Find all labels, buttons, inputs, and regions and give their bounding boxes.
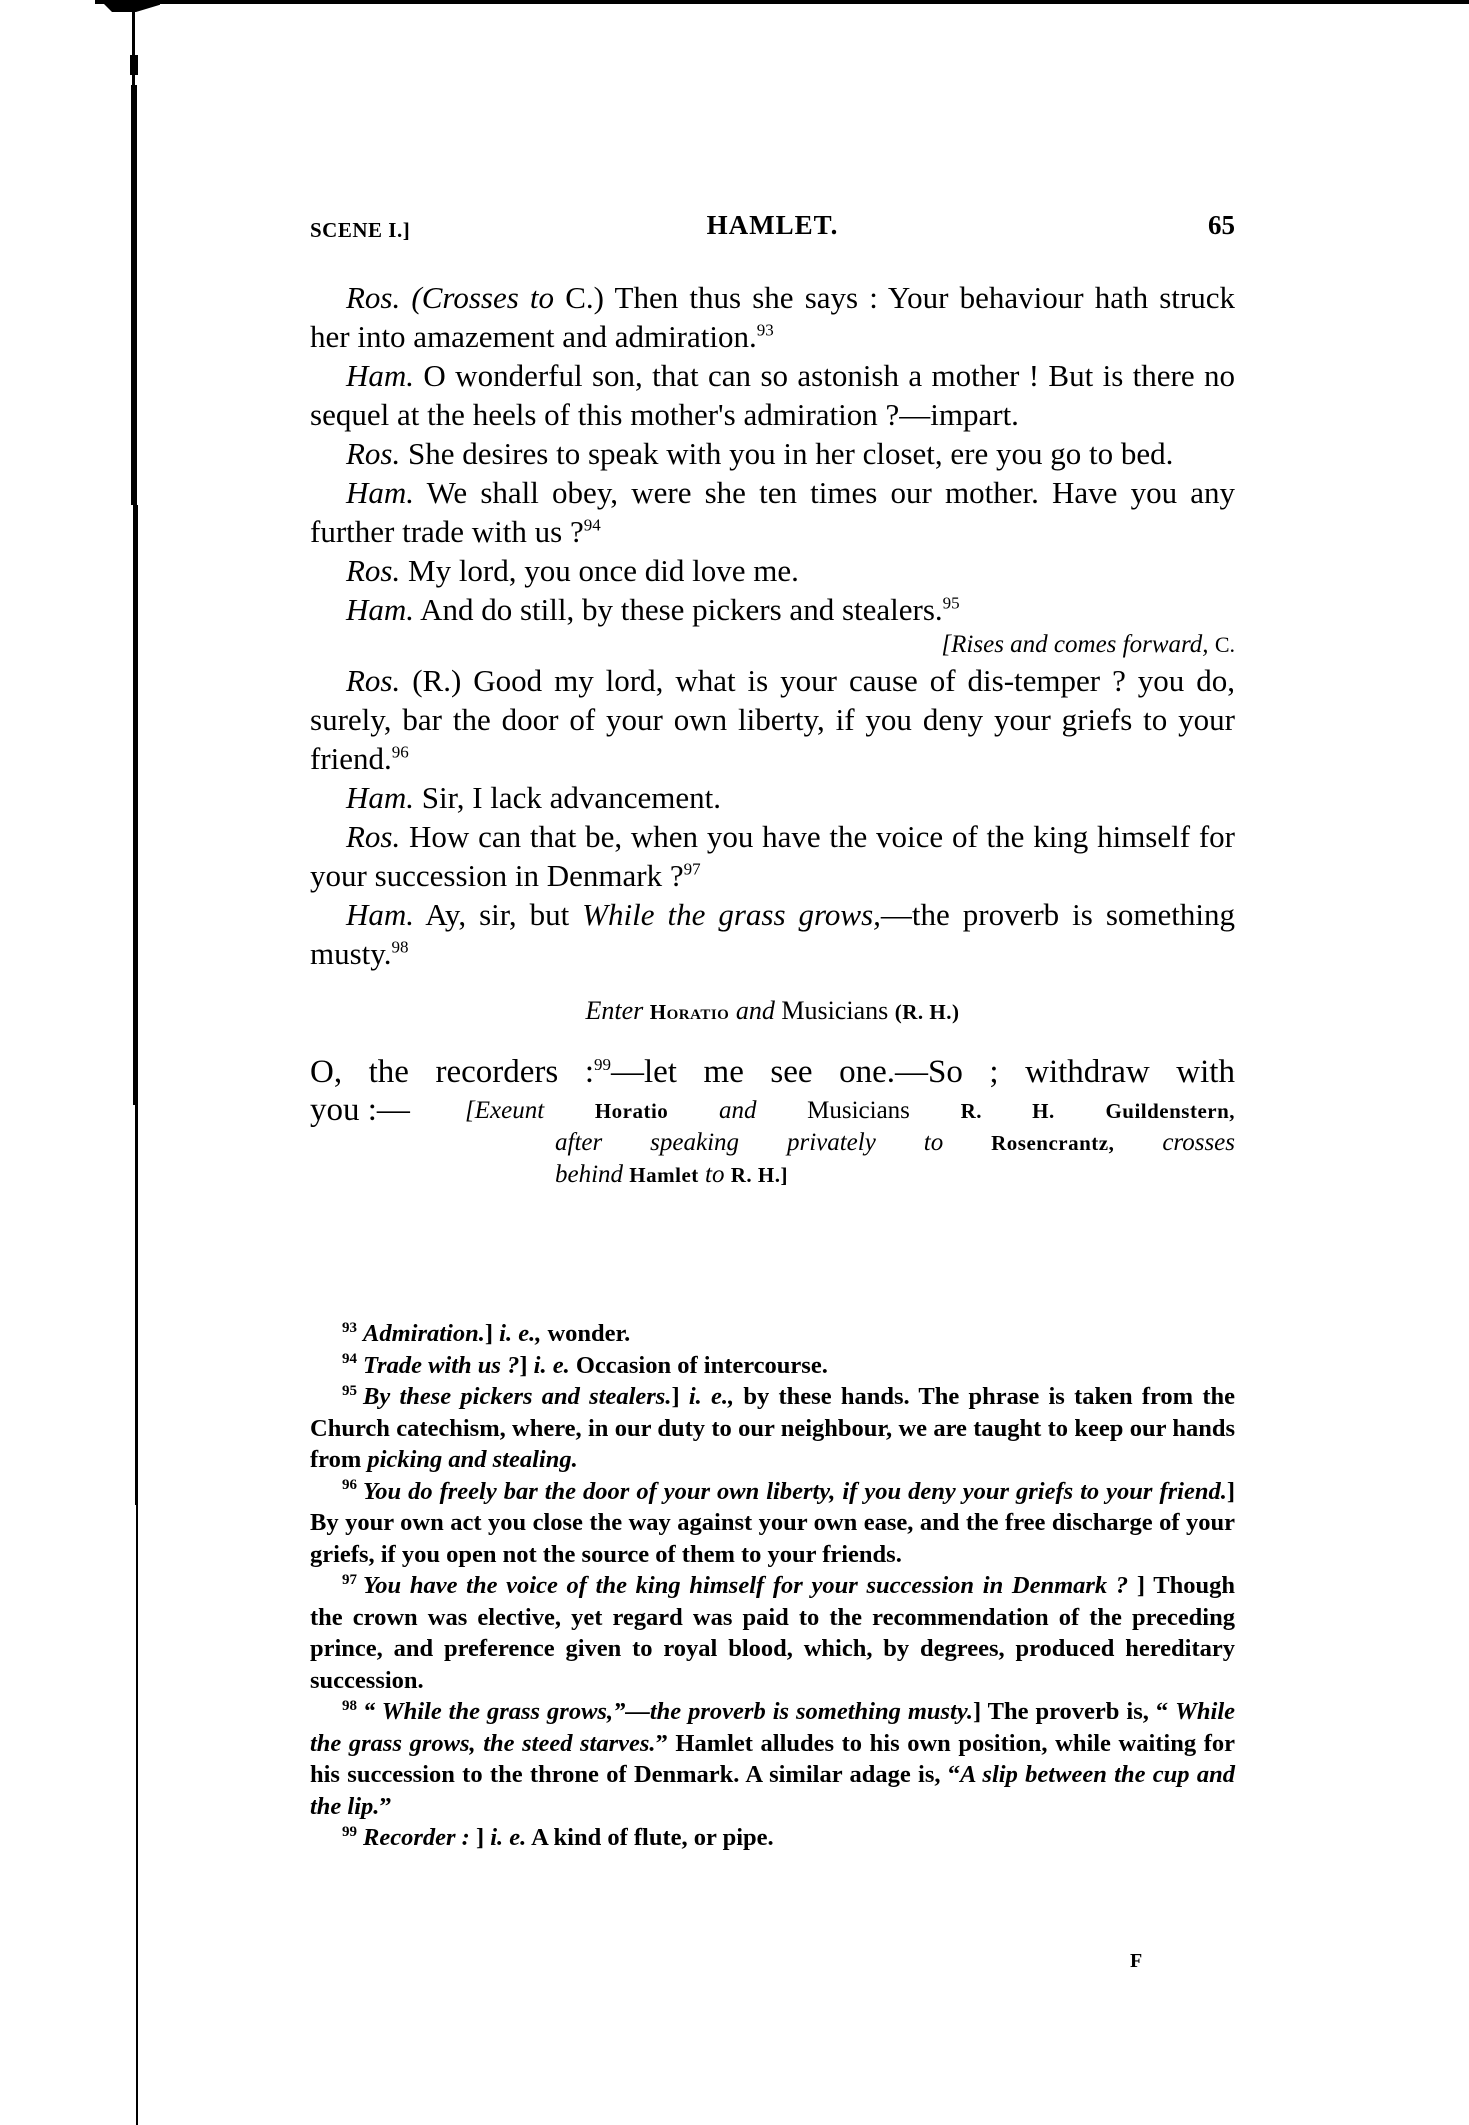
stage-direction-text: to — [705, 1161, 724, 1188]
ie-abbrev: i. e. — [528, 1352, 570, 1379]
speech: Ros. She desires to speak with you in he… — [310, 434, 1235, 473]
speech-text: O wonderful son, that can so astonish a … — [310, 358, 1235, 432]
stage-position: C. — [1215, 632, 1235, 657]
speech-text: We shall obey, were she ten times our mo… — [310, 475, 1235, 549]
exit-direction-line: behind Hamlet to R. H.] — [465, 1159, 1235, 1191]
footnote-number: 94 — [342, 1351, 357, 1367]
footnote-99: 99Recorder : ] i. e. A kind of flute, or… — [310, 1822, 1235, 1854]
speech-text: And do still, by these pickers and steal… — [414, 592, 943, 627]
footnotes: 93Admiration.] i. e., wonder. 94Trade wi… — [310, 1318, 1235, 1854]
footnote-number: 93 — [342, 1320, 357, 1336]
bracket: ] — [485, 1320, 493, 1347]
speech-text: you :— — [310, 1092, 410, 1128]
footnote-gloss: wonder. — [541, 1320, 630, 1347]
footnote-number: 99 — [342, 1824, 357, 1840]
footnote-gloss: ” — [379, 1793, 391, 1820]
footnote-lemma: You do freely bar the door of your own l… — [363, 1478, 1227, 1505]
speech: Ros. My lord, you once did love me. — [310, 551, 1235, 590]
speech: Ros. (Crosses to C.) Then thus she says … — [310, 278, 1235, 356]
footnote-gloss-italic: picking and stealing. — [367, 1446, 577, 1473]
footnote-number: 96 — [342, 1477, 357, 1493]
ie-abbrev: i. e., — [680, 1383, 735, 1410]
enter-word: Enter — [586, 996, 644, 1025]
speaker-name: Ham. — [346, 358, 414, 393]
exeunt-word: [Exeunt — [465, 1097, 544, 1124]
recorders-line: O, the recorders :99—let me see one.—So … — [310, 1052, 1235, 1092]
stage-position: (R. H.) — [895, 1000, 960, 1024]
ie-abbrev: i. e., — [493, 1320, 541, 1347]
speaker-name: Ros. — [346, 819, 400, 854]
stage-position: (R.) — [412, 663, 461, 698]
speaker-name: Ham. — [346, 475, 414, 510]
exit-direction: [Exeunt Horatio and Musicians R. H. Guil… — [465, 1095, 1235, 1191]
footnote-lemma: You have the voice of the king himself f… — [363, 1572, 1128, 1599]
speech: Ham. O wonderful son, that can so astoni… — [310, 356, 1235, 434]
and-word: and — [719, 1097, 757, 1124]
play-text: Ros. (Crosses to C.) Then thus she says … — [310, 278, 1235, 1196]
speech: Ham. Ay, sir, but While the grass grows,… — [310, 895, 1235, 973]
speech-text: O, the recorders : — [310, 1054, 594, 1090]
speech: Ros. (R.) Good my lord, what is your cau… — [310, 661, 1235, 778]
footnote-lemma: By these pickers and stealers. — [363, 1383, 671, 1410]
footnote-lemma: Admiration. — [363, 1320, 485, 1347]
stage-direction-text: after speaking privately to — [555, 1129, 943, 1156]
stage-position: C.) — [565, 280, 604, 315]
bracket: ] — [519, 1352, 527, 1379]
speech: Ros. How can that be, when you have the … — [310, 817, 1235, 895]
footnote-ref[interactable]: 96 — [392, 743, 409, 762]
speech-text: She desires to speak with you in her clo… — [400, 436, 1173, 471]
footnote-gloss: The proverb is, “ — [981, 1698, 1175, 1725]
speaker-name: Ros. — [346, 663, 400, 698]
scan-top-edge — [95, 0, 1469, 4]
character-name: Horatio — [595, 1099, 668, 1123]
character-name: Musicians — [781, 996, 888, 1025]
footnote-gloss: Occasion of intercourse. — [570, 1352, 828, 1379]
speaker-name: Ham. — [346, 897, 414, 932]
character-name: Guildenstern, — [1105, 1099, 1235, 1123]
footnote-lemma: Recorder : — [363, 1824, 470, 1851]
character-name: Musicians — [807, 1097, 910, 1124]
stage-direction-text: [Rises and comes forward, — [941, 631, 1208, 658]
footnote-gloss: A kind of flute, or pipe. — [526, 1824, 773, 1851]
footnote-lemma: “ While the grass grows,”—the proverb is… — [363, 1698, 973, 1725]
footnote-ref[interactable]: 95 — [943, 594, 960, 613]
footnote-number: 97 — [342, 1572, 357, 1588]
bracket: ] — [470, 1824, 484, 1851]
footnote-95: 95By these pickers and stealers.] i. e.,… — [310, 1381, 1235, 1476]
character-name: Rosencrantz, — [991, 1131, 1114, 1155]
play-title: HAMLET. — [310, 210, 1235, 241]
footnote-98: 98“ While the grass grows,”—the proverb … — [310, 1696, 1235, 1822]
footnote-93: 93Admiration.] i. e., wonder. — [310, 1318, 1235, 1350]
bracket: ] — [1227, 1478, 1235, 1505]
footnote-ref[interactable]: 93 — [757, 321, 774, 340]
and-word: and — [736, 996, 775, 1025]
speech-text: How can that be, when you have the voice… — [310, 819, 1235, 893]
footnote-ref[interactable]: 99 — [594, 1055, 611, 1074]
footnote-94: 94Trade with us ?] i. e. Occasion of int… — [310, 1350, 1235, 1382]
stage-direction: (Crosses to — [411, 280, 554, 315]
stage-direction-text: behind — [555, 1161, 623, 1188]
page-number: 65 — [1208, 210, 1235, 241]
footnote-lemma: Trade with us ? — [363, 1352, 519, 1379]
bracket: ] — [973, 1698, 981, 1725]
speaker-name: Ros. — [346, 280, 400, 315]
speech-text: My lord, you once did love me. — [400, 553, 799, 588]
speech-text: Sir, I lack advancement. — [414, 780, 721, 815]
speaker-name: Ros. — [346, 436, 400, 471]
bracket: ] — [671, 1383, 679, 1410]
character-name: Horatio — [650, 1000, 730, 1024]
speaker-name: Ros. — [346, 553, 400, 588]
speech: Ham. We shall obey, were she ten times o… — [310, 473, 1235, 551]
exit-direction-line: [Exeunt Horatio and Musicians R. H. Guil… — [465, 1095, 1235, 1127]
signature-mark: F — [1130, 1950, 1142, 1973]
character-name: Hamlet — [629, 1163, 698, 1187]
footnote-96: 96You do freely bar the door of your own… — [310, 1476, 1235, 1571]
footnote-ref[interactable]: 97 — [684, 860, 701, 879]
footnote-ref[interactable]: 94 — [584, 516, 601, 535]
page-binding-edge — [130, 0, 138, 2125]
speaker-name: Ham. — [346, 780, 414, 815]
speech-text: —let me see one.—So ; withdraw with — [611, 1054, 1235, 1090]
bracket: ] — [1128, 1572, 1145, 1599]
footnote-gloss: By your own act you close the way agains… — [310, 1509, 1235, 1568]
speech: Ham. Sir, I lack advancement. — [310, 778, 1235, 817]
proverb-italic: While the grass grows, — [582, 897, 881, 932]
entrance-direction: Enter Horatio and Musicians (R. H.) — [310, 993, 1235, 1030]
speaker-name: Ham. — [346, 592, 414, 627]
stage-position: R. H. — [961, 1099, 1055, 1123]
footnote-number: 95 — [342, 1383, 357, 1399]
running-head: SCENE I.] HAMLET. 65 — [310, 208, 1235, 248]
speech: Ham. And do still, by these pickers and … — [310, 590, 1235, 629]
footnote-ref[interactable]: 98 — [392, 938, 409, 957]
exit-direction-line: after speaking privately to Rosencrantz,… — [465, 1127, 1235, 1159]
speech-text: Ay, sir, but — [414, 897, 582, 932]
footnote-number: 98 — [342, 1698, 357, 1714]
stage-direction-rises: [Rises and comes forward, C. — [310, 629, 1235, 661]
footnote-97: 97You have the voice of the king himself… — [310, 1570, 1235, 1696]
stage-direction-text: crosses — [1162, 1129, 1235, 1156]
ie-abbrev: i. e. — [484, 1824, 526, 1851]
stage-position: R. H.] — [731, 1163, 788, 1187]
exit-block: you :— [Exeunt Horatio and Musicians R. … — [310, 1092, 1235, 1196]
